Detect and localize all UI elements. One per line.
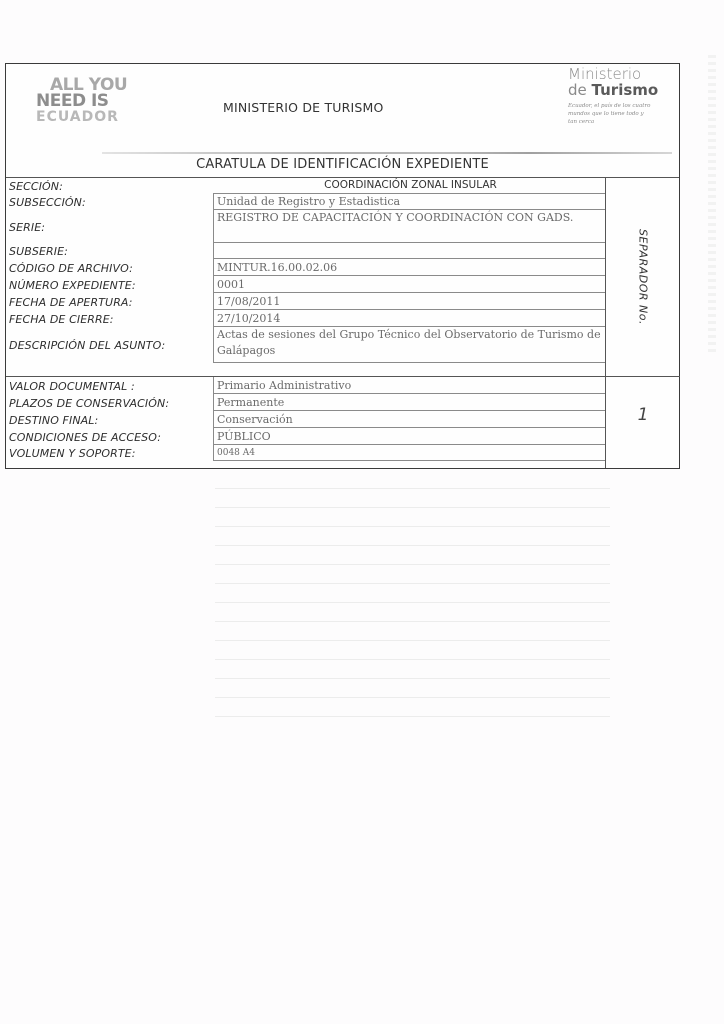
field-value: Actas de sesiones del Grupo Técnico del … [213,327,605,363]
sheet-header: ALL YOU NEED IS ECUADOR MINISTERIO DE TU… [6,64,679,156]
field-value: 0001 [213,276,605,293]
field-label: SUBSERIE: [9,245,68,258]
ministerio-de-turismo-logo: Ministerio de Turismo Ecuador, el país d… [568,66,678,126]
ghost-line [215,564,610,565]
logo-de-turismo-text: de Turismo [568,82,678,99]
field-label: VALOR DOCUMENTAL : [9,380,135,393]
expediente-cover-sheet: ALL YOU NEED IS ECUADOR MINISTERIO DE TU… [5,63,680,469]
separator-label-cell: SEPARADOR No. [606,177,680,377]
ghost-line [215,621,610,622]
field-value: 27/10/2014 [213,310,605,327]
ghost-line [215,507,610,508]
field-value: COORDINACIÓN ZONAL INSULAR [213,177,605,194]
separator-number: 1 [606,405,680,425]
field-label: CONDICIONES DE ACCESO: [9,431,161,444]
field-label: SECCIÓN: [9,180,63,193]
logo-de: de [568,81,587,99]
logo-line-3: ECUADOR [36,109,134,125]
field-label: FECHA DE APERTURA: [9,296,133,309]
ghost-line [215,678,610,679]
ghost-line [215,640,610,641]
field-value [213,243,605,259]
logo-turismo: Turismo [592,81,659,99]
field-value: REGISTRO DE CAPACITACIÓN Y COORDINACIÓN … [213,210,605,243]
ghost-line [215,545,610,546]
field-value: Permanente [213,394,605,411]
scan-streak [102,152,672,154]
logo-tagline: Ecuador, el país de los cuatro mundos qu… [568,102,653,126]
field-label: VOLUMEN Y SOPORTE: [9,447,136,460]
field-value: MINTUR.16.00.02.06 [213,259,605,276]
ghost-line [215,488,610,489]
field-value: Primario Administrativo [213,377,605,394]
logo-line-2: NEED IS [36,93,134,109]
ghost-line [215,602,610,603]
field-value: 17/08/2011 [213,293,605,310]
reverse-side-bleed-through [0,470,724,740]
ghost-line [215,583,610,584]
field-label: SUBSECCIÓN: [9,196,86,209]
field-label: DESTINO FINAL: [9,414,98,427]
scan-edge-artifact [708,55,716,355]
field-label: FECHA DE CIERRE: [9,313,114,326]
all-you-need-is-ecuador-logo: ALL YOU NEED IS ECUADOR [36,77,134,125]
field-label: NÚMERO EXPEDIENTE: [9,279,136,292]
field-value: PÚBLICO [213,428,605,445]
section-divider [6,376,605,377]
field-label: CÓDIGO DE ARCHIVO: [9,262,133,275]
ghost-line [215,697,610,698]
ghost-line [215,526,610,527]
ghost-line [215,659,610,660]
ministry-title: MINISTERIO DE TURISMO [223,100,384,115]
field-label: DESCRIPCIÓN DEL ASUNTO: [9,339,165,352]
field-value: Conservación [213,411,605,428]
field-value: Unidad de Registro y Estadistica [213,194,605,210]
logo-ministerio-text: Ministerio [568,66,678,82]
document-title: CARATULA DE IDENTIFICACIÓN EXPEDIENTE [6,157,679,172]
field-value: 0048 A4 [213,445,605,461]
field-label: PLAZOS DE CONSERVACIÓN: [9,397,169,410]
separator-box: SEPARADOR No. 1 [605,177,680,468]
separator-label: SEPARADOR No. [637,229,650,325]
ghost-line [215,716,610,717]
field-label: SERIE: [9,221,45,234]
